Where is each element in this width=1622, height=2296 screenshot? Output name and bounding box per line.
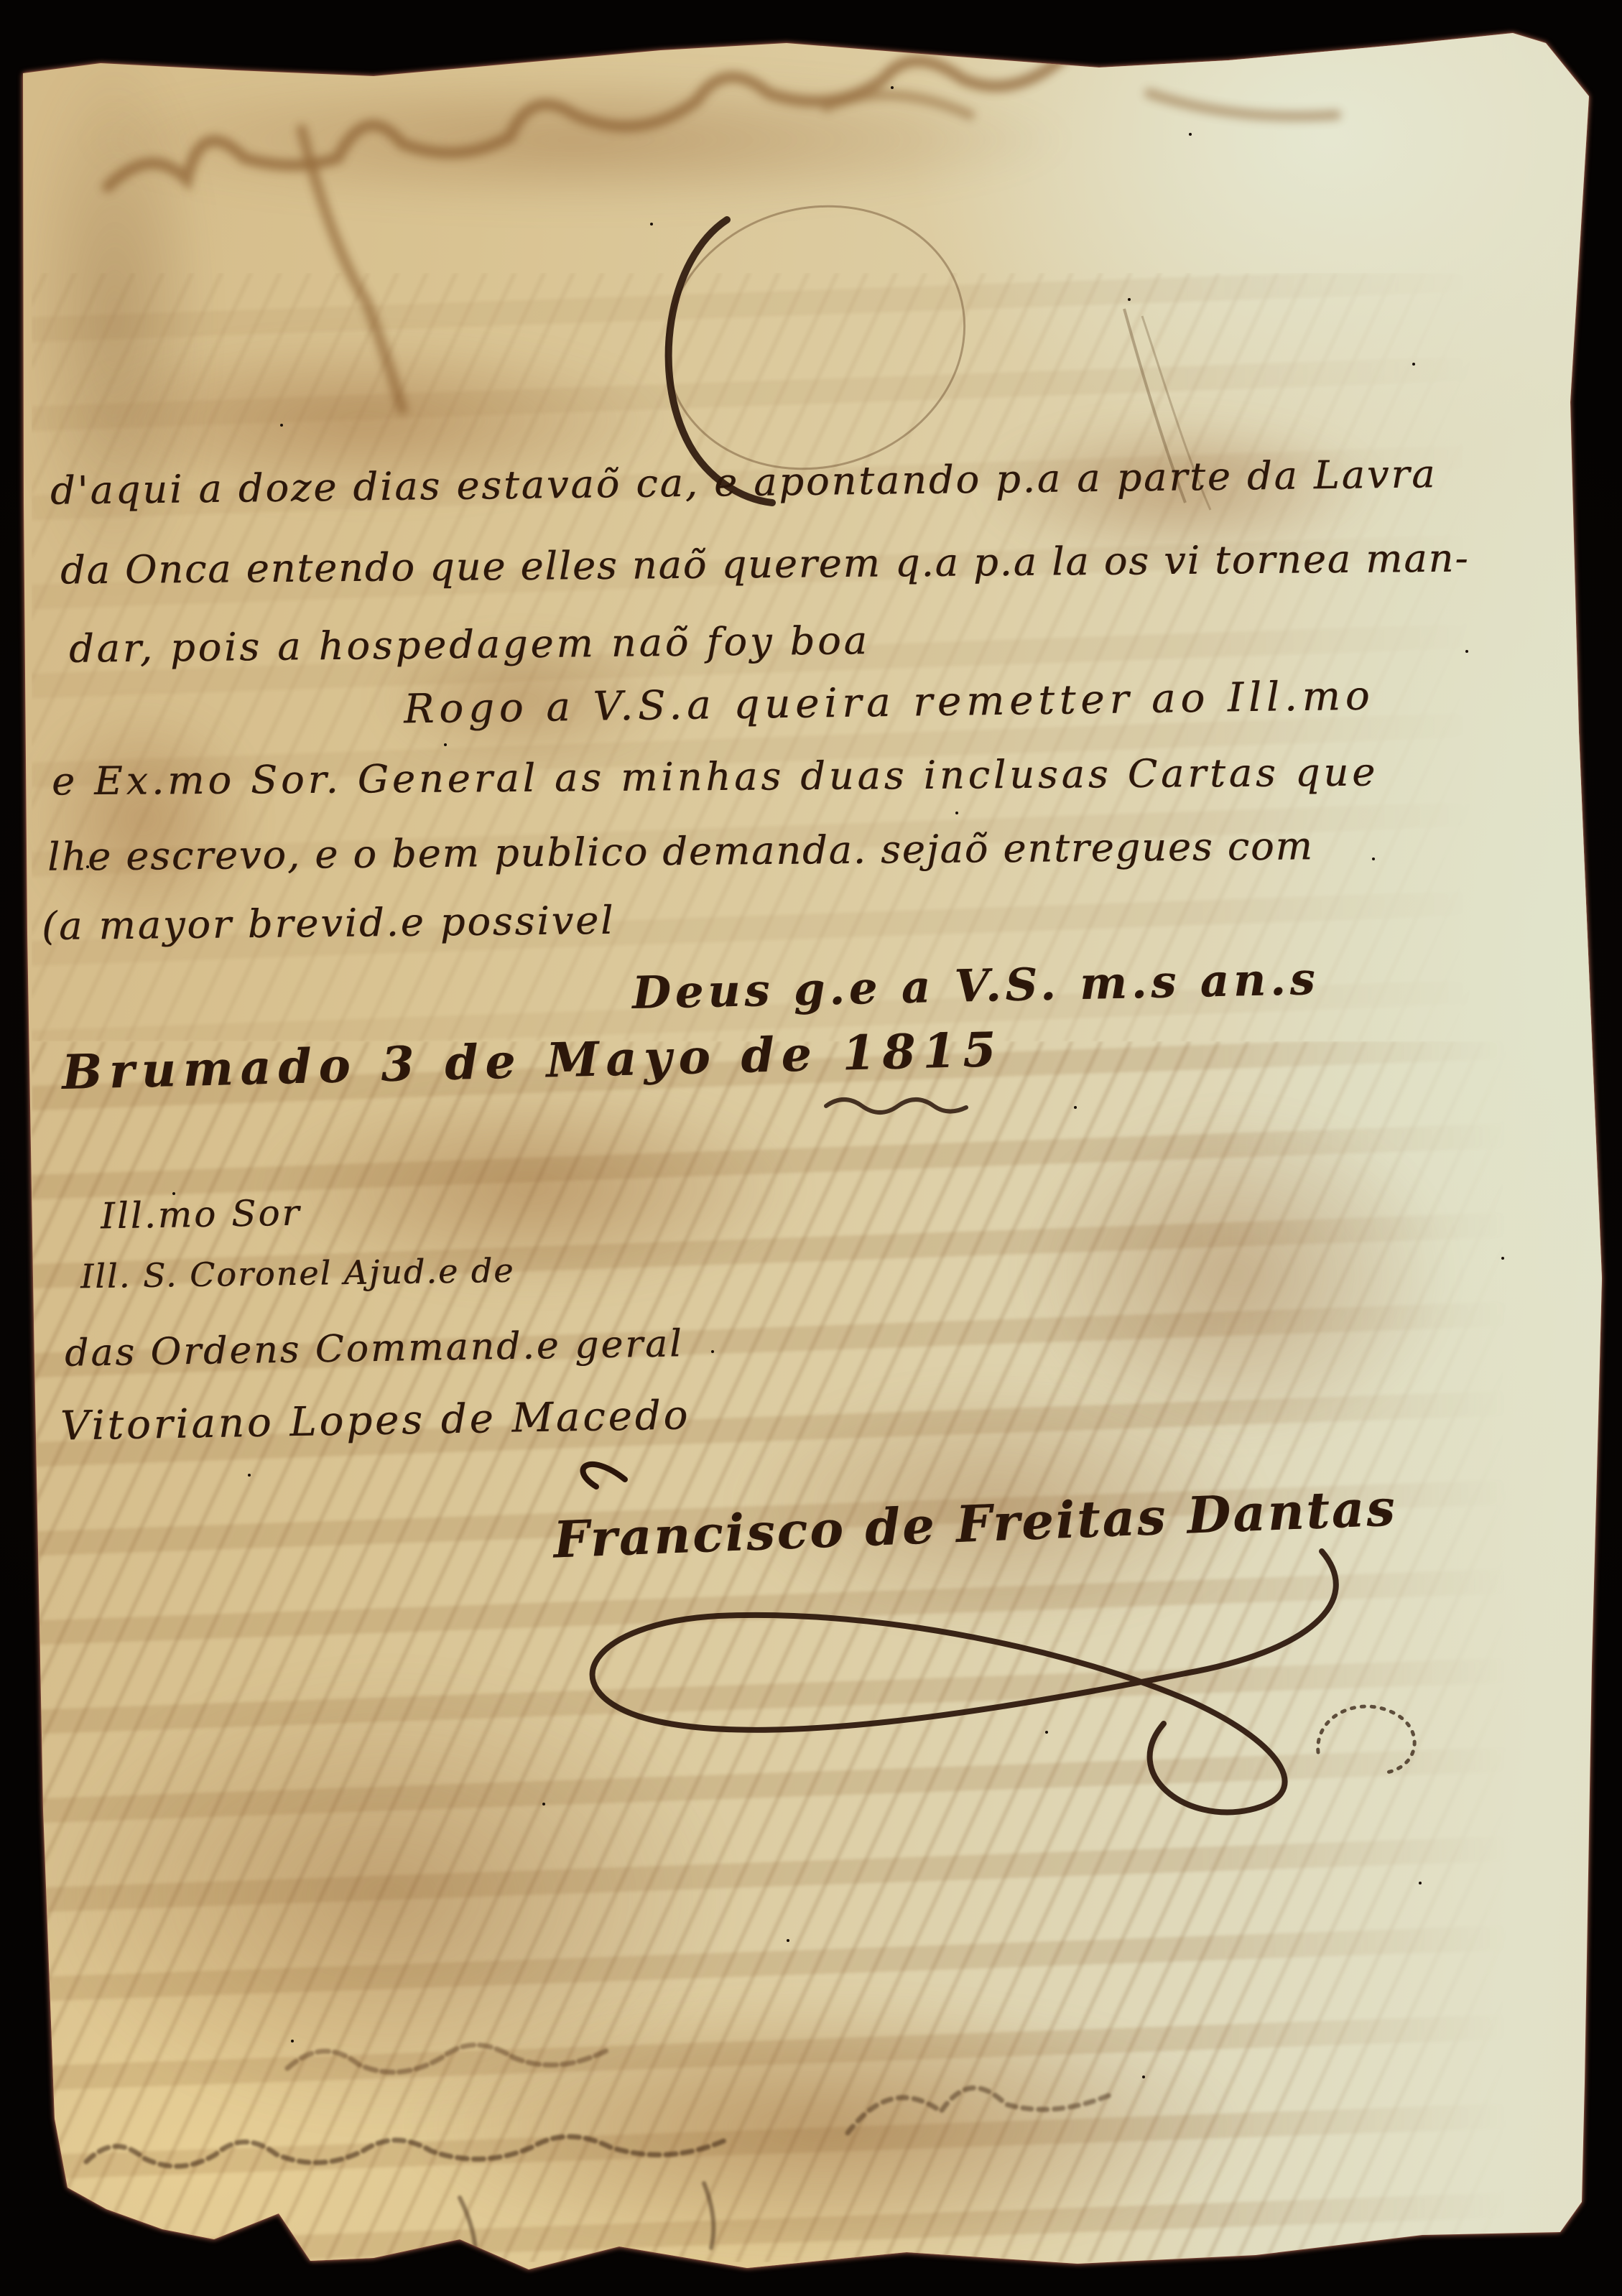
paper-sheet: d'aqui a doze dias estavaõ ca, e apontan… [0, 0, 1622, 2296]
photograph-of-manuscript: d'aqui a doze dias estavaõ ca, e apontan… [0, 0, 1622, 2296]
bottom-bleed-script-marks [0, 0, 1622, 2296]
ink-specks [0, 0, 3, 3]
paper-sheet-wrapper: d'aqui a doze dias estavaõ ca, e apontan… [0, 0, 1622, 2296]
